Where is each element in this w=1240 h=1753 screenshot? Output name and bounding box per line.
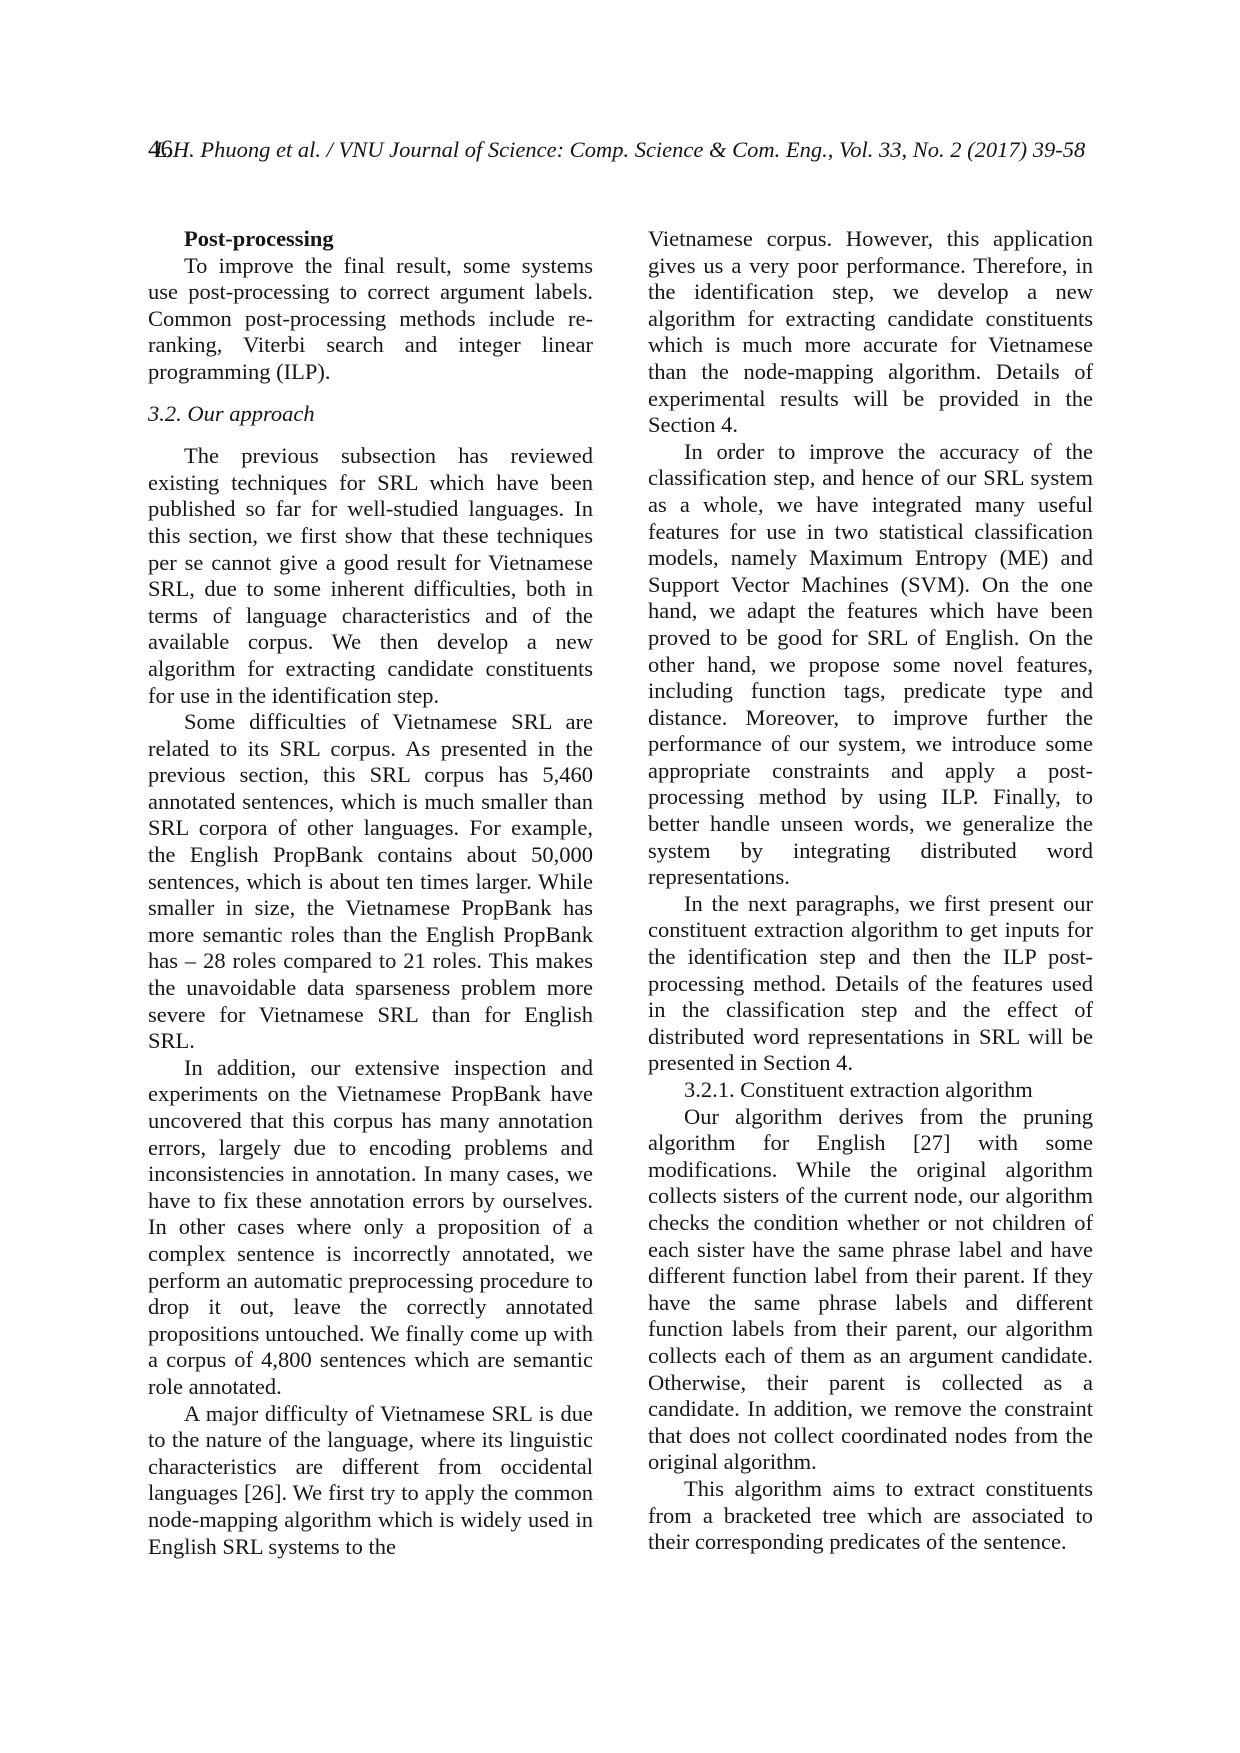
- paragraph: To improve the final result, some system…: [148, 253, 593, 386]
- paragraph: Vietnamese corpus. However, this applica…: [648, 226, 1093, 439]
- running-title: L.H. Phuong et al. / VNU Journal of Scie…: [148, 136, 1092, 164]
- left-column: Post-processingTo improve the final resu…: [148, 226, 593, 1560]
- right-column: Vietnamese corpus. However, this applica…: [648, 226, 1093, 1560]
- two-column-body: Post-processingTo improve the final resu…: [148, 226, 1093, 1560]
- paragraph: Our algorithm derives from the pruning a…: [648, 1104, 1093, 1476]
- section-heading: 3.2.1. Constituent extraction algorithm: [648, 1077, 1093, 1104]
- paragraph: In addition, our extensive inspection an…: [148, 1055, 593, 1401]
- page-header: 46 L.H. Phuong et al. / VNU Journal of S…: [148, 136, 1092, 166]
- paragraph: A major difficulty of Vietnamese SRL is …: [148, 1401, 593, 1561]
- paragraph: In the next paragraphs, we first present…: [648, 891, 1093, 1077]
- journal-page: 46 L.H. Phuong et al. / VNU Journal of S…: [0, 0, 1240, 1753]
- paragraph: This algorithm aims to extract constitue…: [648, 1476, 1093, 1556]
- section-heading: 3.2. Our approach: [148, 401, 593, 428]
- page-number: 46: [148, 136, 173, 164]
- paragraph: In order to improve the accuracy of the …: [648, 439, 1093, 891]
- paragraph: The previous subsection has reviewed exi…: [148, 443, 593, 709]
- section-heading: Post-processing: [148, 226, 593, 253]
- paragraph: Some difficulties of Vietnamese SRL are …: [148, 709, 593, 1055]
